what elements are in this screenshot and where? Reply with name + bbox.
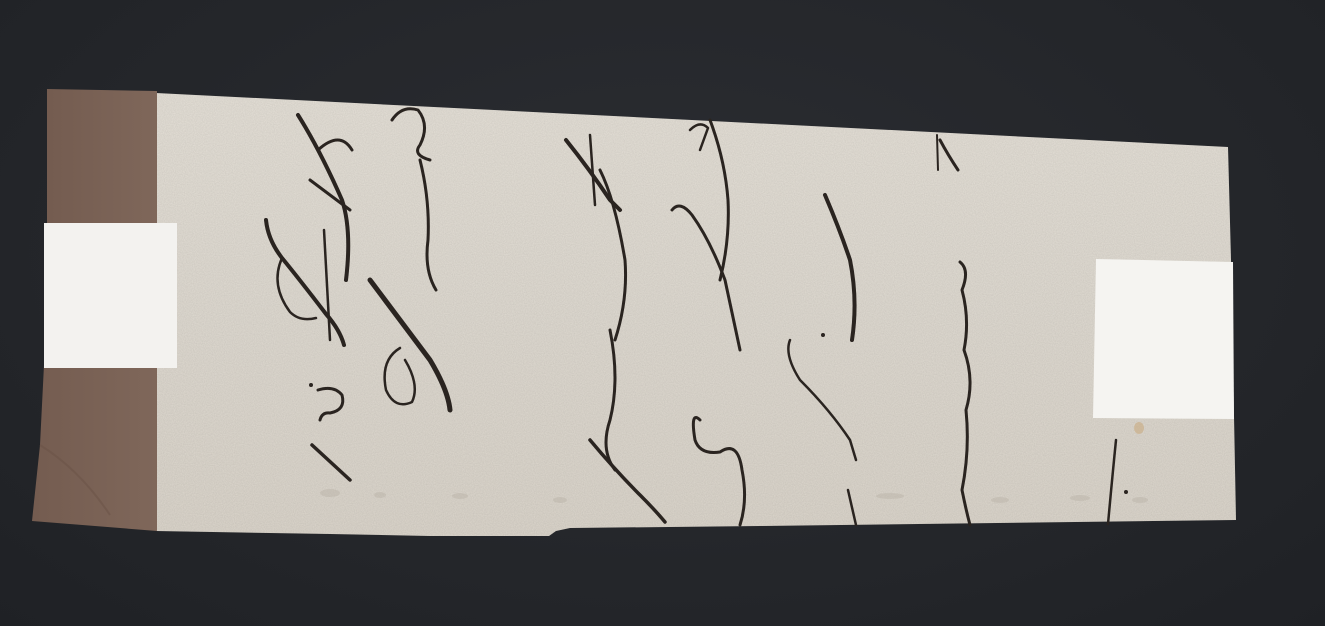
scan-stage (0, 0, 1325, 626)
document-scan (0, 0, 1325, 626)
paper-strip (156, 93, 1236, 536)
left-hinge (44, 223, 177, 368)
right-hinge (1093, 259, 1234, 419)
